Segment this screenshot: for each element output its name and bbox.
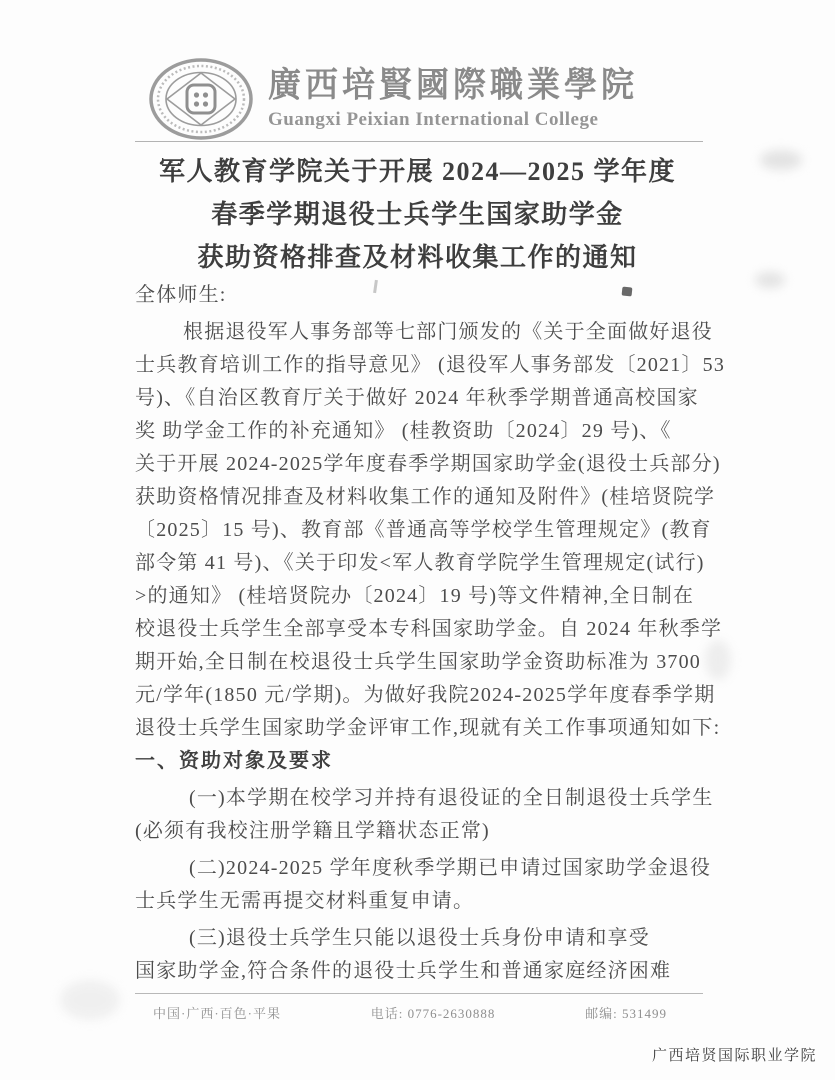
college-seal-icon xyxy=(148,57,254,141)
college-name-block: 廣西培賢國際職業學院 Guangxi Peixian International… xyxy=(268,66,638,132)
item-line: (二)2024-2025 学年度秋季学期已申请过国家助学金退役 xyxy=(135,852,721,885)
scanned-notice-page: 廣西培賢國際職業學院 Guangxi Peixian International… xyxy=(0,0,835,1080)
intro-line: 士兵教育培训工作的指导意见》 (退役军人事务部发〔2021〕53 xyxy=(135,349,721,382)
intro-line: 获助资格情况排查及材料收集工作的通知及附件》(桂培贤院学 xyxy=(135,481,721,514)
notice-body: 全体师生: 根据退役军人事务部等七部门颁发的《关于全面做好退役士兵教育培训工作的… xyxy=(135,279,721,988)
college-name-zh: 廣西培賢國際職業學院 xyxy=(268,65,638,107)
intro-line: 奖 助学金工作的补充通知》 (桂教资助〔2024〕29 号)、《 xyxy=(135,415,721,448)
intro-line: 退役士兵学生国家助学金评审工作,现就有关工作事项通知如下: xyxy=(135,712,721,745)
salutation: 全体师生: xyxy=(135,279,721,312)
intro-line: 根据退役军人事务部等七部门颁发的《关于全面做好退役 xyxy=(135,316,721,349)
intro-line: >的通知》 (桂培贤院办〔2024〕19 号)等文件精神,全日制在 xyxy=(135,580,721,613)
section-1-item-1: (一)本学期在校学习并持有退役证的全日制退役士兵学生(必须有我校注册学籍且学籍状… xyxy=(135,782,721,848)
notice-title-line: 军人教育学院关于开展 2024—2025 学年度 xyxy=(110,150,725,193)
scan-artifact xyxy=(622,287,633,297)
notice-title: 军人教育学院关于开展 2024—2025 学年度春季学期退役士兵学生国家助学金获… xyxy=(110,150,725,279)
item-line: 国家助学金,符合条件的退役士兵学生和普通家庭经济困难 xyxy=(135,955,721,988)
intro-line: 〔2025〕15 号)、教育部《普通高等学校学生管理规定》(教育 xyxy=(135,514,721,547)
college-letterhead: 廣西培賢國際職業學院 Guangxi Peixian International… xyxy=(148,58,708,140)
intro-line: 期开始,全日制在校退役士兵学生国家助学金资助标准为 3700 xyxy=(135,646,721,679)
scan-smudge xyxy=(755,272,785,288)
intro-paragraph: 根据退役军人事务部等七部门颁发的《关于全面做好退役士兵教育培训工作的指导意见》 … xyxy=(135,316,721,745)
intro-line: 号)、《自治区教育厅关于做好 2024 年秋季学期普通高校国家 xyxy=(135,382,721,415)
footer-postcode: 邮编: 531499 xyxy=(585,1003,703,1022)
scan-smudge xyxy=(60,980,120,1020)
scan-smudge xyxy=(760,150,802,170)
college-watermark: 广西培贤国际职业学院 xyxy=(652,1044,817,1065)
intro-line: 校退役士兵学生全部享受本专科国家助学金。自 2024 年秋季学 xyxy=(135,613,721,646)
item-line: (三)退役士兵学生只能以退役士兵身份申请和享受 xyxy=(135,922,721,955)
section-1-heading: 一、资助对象及要求 xyxy=(135,745,721,778)
footer-address: 中国·广西·百色·平果 xyxy=(135,1003,281,1022)
item-line: (一)本学期在校学习并持有退役证的全日制退役士兵学生 xyxy=(135,782,721,815)
notice-title-line: 获助资格排查及材料收集工作的通知 xyxy=(110,236,725,279)
notice-title-line: 春季学期退役士兵学生国家助学金 xyxy=(110,193,725,236)
footer-phone: 电话: 0776-2630888 xyxy=(371,1003,496,1022)
intro-line: 元/学年(1850 元/学期)。为做好我院2024-2025学年度春季学期 xyxy=(135,679,721,712)
college-name-en: Guangxi Peixian International College xyxy=(268,108,638,132)
item-line: (必须有我校注册学籍且学籍状态正常) xyxy=(135,815,721,848)
letterhead-divider xyxy=(135,141,703,142)
intro-line: 部令第 41 号)、《关于印发<军人教育学院学生管理规定(试行) xyxy=(135,547,721,580)
section-1-item-2: (二)2024-2025 学年度秋季学期已申请过国家助学金退役士兵学生无需再提交… xyxy=(135,852,721,918)
section-1-item-3: (三)退役士兵学生只能以退役士兵身份申请和享受国家助学金,符合条件的退役士兵学生… xyxy=(135,922,721,988)
item-line: 士兵学生无需再提交材料重复申请。 xyxy=(135,885,721,918)
intro-line: 关于开展 2024-2025学年度春季学期国家助学金(退役士兵部分) xyxy=(135,448,721,481)
page-footer: 中国·广西·百色·平果 电话: 0776-2630888 邮编: 531499 xyxy=(135,993,703,1022)
